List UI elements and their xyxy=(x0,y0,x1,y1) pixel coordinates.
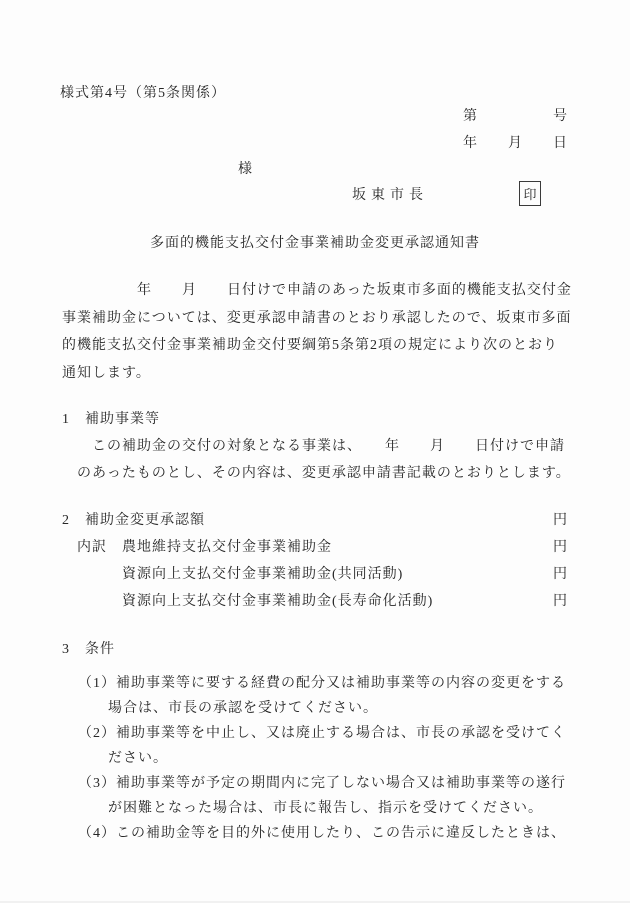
section-1-subsidy-project: 1 補助事業等 この補助金の交付の対象となる事業は、 年 月 日付けで申請 のあ… xyxy=(62,406,574,487)
amount-row: 2 補助金変更承認額 円 xyxy=(62,507,568,534)
amount-row: 資源向上支払交付金事業補助金(長寿命化活動) 円 xyxy=(62,588,568,615)
date-day-label: 日 xyxy=(553,132,568,152)
form-number: 様式第4号（第5条関係） xyxy=(60,82,226,102)
section-1-heading: 1 補助事業等 xyxy=(62,406,574,433)
doc-number-prefix: 第 xyxy=(463,105,478,125)
section-1-line: のあったものとし、その内容は、変更承認申請書記載のとおりとします。 xyxy=(62,460,574,487)
body-paragraph: 年 月 日付けで申請のあった坂東市多面的機能支払交付金 事業補助金については、変… xyxy=(62,277,574,387)
amount-row: 資源向上支払交付金事業補助金(共同活動) 円 xyxy=(62,561,568,588)
amount-row: 内訳 農地維持支払交付金事業補助金 円 xyxy=(62,534,568,561)
page-title: 多面的機能支払交付金事業補助金変更承認通知書 xyxy=(0,232,630,252)
section-3-conditions: 3 条件 （1）補助事業等に要する経費の配分又は補助事業等の内容の変更をする 場… xyxy=(62,636,574,846)
body-line: 事業補助金については、変更承認申請書のとおり承認したので、坂東市多面 xyxy=(62,305,574,333)
condition-line: 場合は、市長の承認を受けてください。 xyxy=(62,696,574,721)
section-2-approved-amounts: 2 補助金変更承認額 円 内訳 農地維持支払交付金事業補助金 円 資源向上支払交… xyxy=(62,507,568,615)
body-line: 年 月 日付けで申請のあった坂東市多面的機能支払交付金 xyxy=(62,277,574,305)
condition-line: ださい。 xyxy=(62,746,574,771)
amount-unit: 円 xyxy=(553,507,568,534)
section-3-heading: 3 条件 xyxy=(62,636,574,663)
condition-line: （4）この補助金等を目的外に使用したり、この告示に違反したときは、 xyxy=(62,821,574,846)
seal-character: 印 xyxy=(523,184,536,203)
condition-line: が困難となった場合は、市長に報告し、指示を受けてください。 xyxy=(62,796,574,821)
document-page: 様式第4号（第5条関係） 第 号 年 月 日 様 坂東市長 印 多面的機能支払交… xyxy=(0,0,630,903)
date-month-label: 月 xyxy=(508,132,523,152)
addressee-suffix: 様 xyxy=(238,158,253,178)
sender-name: 坂東市長 xyxy=(352,184,428,204)
condition-line: （1）補助事業等に要する経費の配分又は補助事業等の内容の変更をする xyxy=(62,671,574,696)
amount-unit: 円 xyxy=(553,588,568,615)
date-year-label: 年 xyxy=(463,132,478,152)
doc-number-suffix: 号 xyxy=(553,105,568,125)
amount-row-label: 2 補助金変更承認額 xyxy=(62,507,205,534)
condition-line: （3）補助事業等が予定の期間内に完了しない場合又は補助事業等の遂行 xyxy=(62,771,574,796)
amount-row-label: 資源向上支払交付金事業補助金(共同活動) xyxy=(62,561,403,588)
amount-row-label: 内訳 農地維持支払交付金事業補助金 xyxy=(62,534,332,561)
amount-unit: 円 xyxy=(553,561,568,588)
condition-line: （2）補助事業等を中止し、又は廃止する場合は、市長の承認を受けてく xyxy=(62,721,574,746)
amount-unit: 円 xyxy=(553,534,568,561)
body-line: 通知します。 xyxy=(62,360,574,388)
date-line: 年 月 日 xyxy=(463,132,568,152)
section-1-line: この補助金の交付の対象となる事業は、 年 月 日付けで申請 xyxy=(62,433,574,460)
amount-row-label: 資源向上支払交付金事業補助金(長寿命化活動) xyxy=(62,588,433,615)
body-line: 的機能支払交付金事業補助金交付要綱第5条第2項の規定により次のとおり xyxy=(62,332,574,360)
seal-mark: 印 xyxy=(519,181,541,206)
document-number-line: 第 号 xyxy=(463,105,568,125)
